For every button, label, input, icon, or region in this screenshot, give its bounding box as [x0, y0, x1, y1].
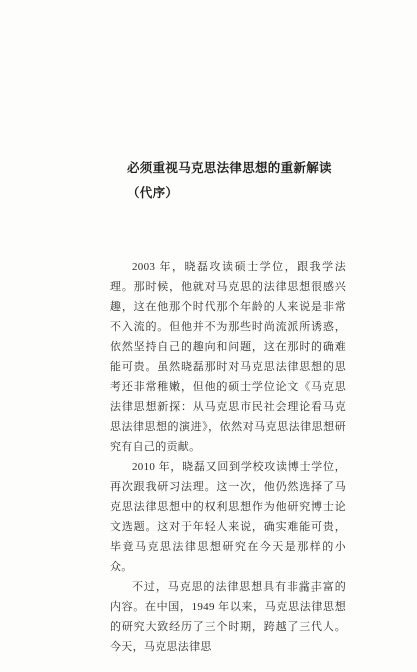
title-block: 必须重视马克思法律思想的重新解读 （代序）: [127, 160, 367, 201]
chapter-title: 必须重视马克思法律思想的重新解读: [127, 160, 367, 176]
paragraph-1: 2003 年，晓磊攻读硕士学位，跟我学法理。那时候，他就对马克思的法律思想很感兴…: [110, 257, 346, 457]
body-text: 2003 年，晓磊攻读硕士学位，跟我学法理。那时候，他就对马克思的法律思想很感兴…: [110, 257, 346, 657]
page-number: 001: [299, 585, 317, 594]
paragraph-2: 2010 年，晓磊又回到学校攻读博士学位，再次跟我研习法理。这一次，他仍然选择了…: [110, 457, 346, 577]
chapter-subtitle: （代序）: [127, 185, 367, 201]
book-page: 必须重视马克思法律思想的重新解读 （代序） 2003 年，晓磊攻读硕士学位，跟我…: [0, 0, 417, 672]
